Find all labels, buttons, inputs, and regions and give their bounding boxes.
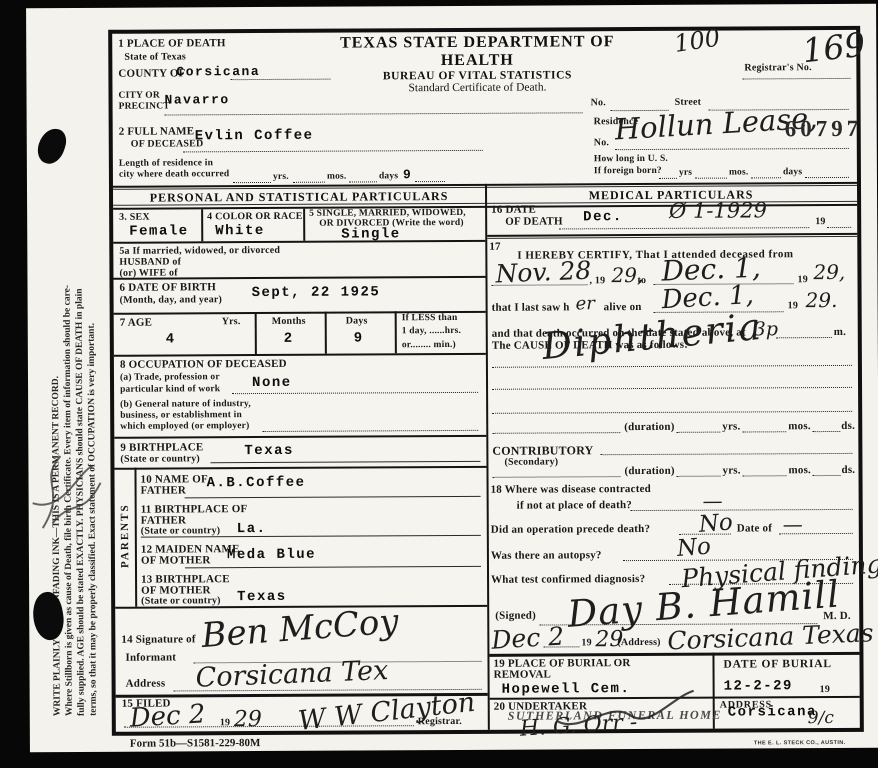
dotted-line bbox=[813, 474, 841, 476]
dotted-line bbox=[659, 177, 677, 179]
dob-sublabel: (Month, day, and year) bbox=[120, 294, 223, 306]
duration-label: (duration) bbox=[624, 421, 674, 433]
dotted-line bbox=[492, 283, 588, 286]
rule bbox=[113, 240, 485, 243]
where-contracted-label: 18 Where was disease contracted bbox=[491, 483, 651, 496]
underline bbox=[185, 496, 481, 499]
age-yrs-label: Yrs. bbox=[222, 316, 241, 327]
color-race-value: White bbox=[215, 223, 265, 239]
rule bbox=[114, 435, 486, 438]
dotted-line bbox=[232, 391, 478, 394]
mother-bp-sublabel: (State or country) bbox=[141, 595, 221, 606]
fullname-label: 2 FULL NAME bbox=[119, 125, 195, 137]
duration2-mos: mos. bbox=[788, 464, 811, 476]
dotted-line bbox=[751, 176, 781, 178]
certificate-paper: WRITE PLAINLY WITH UNFADING INK—THIS IS … bbox=[26, 4, 878, 752]
dotted-line bbox=[827, 226, 851, 228]
occupation-label: 8 OCCUPATION OF DECEASED bbox=[120, 358, 287, 371]
dotted-line bbox=[677, 475, 721, 477]
sex-value: Female bbox=[129, 223, 189, 239]
dotted-line bbox=[183, 149, 483, 153]
dotted-line bbox=[543, 645, 579, 647]
dob-value: Sept, 22 1925 bbox=[252, 284, 381, 301]
form-box: 1 PLACE OF DEATH State of Texas COUNTY O… bbox=[108, 26, 864, 736]
husband-label: HUSBAND of bbox=[119, 256, 181, 267]
street-label: Street bbox=[675, 97, 702, 108]
burial-date-value: 12-2-29 bbox=[724, 678, 793, 694]
cell-divider bbox=[201, 209, 203, 241]
place-of-death-label: 1 PLACE OF DEATH bbox=[118, 37, 225, 50]
dotted-line bbox=[600, 452, 852, 455]
cell-divider bbox=[395, 311, 397, 353]
informant-signature: Ben McCoy bbox=[200, 601, 400, 656]
dod-label: 16 DATE bbox=[491, 204, 536, 216]
dotted-line bbox=[293, 181, 325, 183]
dotted-line bbox=[492, 386, 852, 390]
dotted-line bbox=[776, 336, 832, 338]
length-residence-label2: city where death occurred bbox=[119, 169, 230, 180]
pen-flourish bbox=[550, 681, 700, 748]
dotted-line bbox=[415, 180, 445, 182]
registrar-no-value: 169 bbox=[800, 25, 867, 71]
days-label: days bbox=[379, 171, 398, 181]
check-mark: 9/c bbox=[808, 708, 834, 728]
dotted-line bbox=[493, 475, 621, 478]
if-less-label2: 1 day, ......hrs. bbox=[402, 326, 461, 336]
last-saw-year: 29. bbox=[806, 288, 838, 312]
age-yrs-value: 4 bbox=[166, 331, 176, 347]
dod-label2: OF DEATH bbox=[505, 215, 563, 227]
dotted-line bbox=[812, 430, 840, 432]
form-number: Form 51b—S1581-229-80M bbox=[130, 737, 261, 750]
mother-name-label2: OF MOTHER bbox=[141, 554, 211, 566]
dotted-line bbox=[742, 77, 850, 80]
test-label: What test confirmed diagnosis? bbox=[491, 573, 645, 586]
informant-address-label: Address bbox=[126, 678, 166, 690]
father-bp-sublabel: (State or country) bbox=[141, 525, 221, 536]
age-months-label: Months bbox=[272, 316, 306, 327]
last-saw-her: er bbox=[576, 293, 595, 314]
burial-date-label: DATE OF BURIAL bbox=[723, 658, 831, 671]
occupation-b-label: (b) General nature of industry, bbox=[120, 399, 251, 410]
dotted-line bbox=[559, 226, 809, 229]
duration2-label: (duration) bbox=[624, 465, 674, 477]
dotted-line bbox=[742, 430, 786, 432]
dotted-line bbox=[492, 410, 852, 414]
dod-typed-value: Dec. bbox=[583, 209, 623, 225]
dotted-line bbox=[262, 429, 478, 432]
burial-label2: REMOVAL bbox=[494, 668, 551, 680]
occupation-a-label2: particular kind of work bbox=[120, 384, 220, 395]
dotted-line bbox=[676, 431, 720, 433]
duration-mos: mos. bbox=[788, 420, 811, 432]
burial-19: 19 bbox=[820, 684, 830, 695]
operation-date-label: Date of bbox=[737, 522, 772, 534]
mos-label: mos. bbox=[327, 172, 347, 182]
title-block: TEXAS STATE DEPARTMENT OF HEALTH BUREAU … bbox=[312, 33, 642, 95]
sign-address-label: (Address) bbox=[617, 637, 660, 648]
secondary-label: (Secondary) bbox=[504, 456, 558, 467]
last-saw-label: that I last saw h bbox=[492, 301, 570, 313]
if-less-label3: or........ min.) bbox=[402, 340, 456, 350]
underline bbox=[185, 566, 481, 569]
sex-label: 3. SEX bbox=[119, 212, 150, 223]
birthplace-label: 9 BIRTHPLACE bbox=[120, 441, 203, 453]
rule bbox=[114, 353, 486, 356]
handwritten-number: 100 bbox=[672, 24, 721, 58]
pen-scribble bbox=[22, 428, 123, 549]
dotted-line bbox=[233, 181, 271, 183]
dotted-line bbox=[743, 474, 787, 476]
city-value: Navarro bbox=[165, 92, 230, 107]
column-divider bbox=[485, 184, 490, 730]
mos2-label: mos. bbox=[729, 167, 749, 177]
duration2-yrs: yrs. bbox=[722, 464, 740, 476]
item-17: 17 bbox=[489, 241, 500, 253]
birthplace-value: Texas bbox=[244, 443, 294, 459]
underline bbox=[210, 461, 480, 463]
scanned-death-certificate: WRITE PLAINLY WITH UNFADING INK—THIS IS … bbox=[0, 0, 878, 768]
certify-19b: 19 bbox=[797, 274, 807, 285]
certify-19c: 19 bbox=[788, 300, 798, 311]
father-bp-value: La. bbox=[237, 521, 267, 537]
length-days-value: 9 bbox=[403, 167, 412, 182]
days2-label: days bbox=[783, 167, 802, 177]
operation-label: Did an operation precede death? bbox=[491, 523, 650, 536]
dotted-line bbox=[805, 176, 849, 178]
printer-credit: THE E. L. STECK CO., AUSTIN. bbox=[754, 740, 846, 746]
rule bbox=[487, 236, 857, 239]
age-months-value: 2 bbox=[284, 331, 294, 347]
dod-handwritten-value: Ø 1-1929 bbox=[669, 198, 767, 223]
undertaker-address-value: Corsicana bbox=[728, 704, 817, 720]
registrar-no-label: Registrar's No. bbox=[744, 62, 811, 73]
if-married-label: 5a If married, widowed, or divorced bbox=[119, 245, 280, 257]
state-label: State of Texas bbox=[124, 51, 186, 62]
no-label: No. bbox=[591, 97, 606, 108]
occupation-a-value: None bbox=[252, 375, 292, 391]
duration2-ds: ds. bbox=[841, 464, 855, 476]
cell-divider bbox=[255, 312, 257, 354]
dotted-line bbox=[615, 147, 849, 150]
dob-label: 6 DATE OF BIRTH bbox=[119, 281, 215, 294]
if-less-label: If LESS than bbox=[402, 313, 458, 323]
informant-label: 14 Signature of bbox=[121, 633, 195, 645]
age-days-label: Days bbox=[346, 315, 368, 326]
color-race-label: 4 COLOR OR RACE bbox=[207, 211, 303, 222]
registrar-title: Registrar. bbox=[418, 716, 462, 727]
city-label: CITY OR bbox=[118, 91, 159, 101]
dotted-line bbox=[492, 431, 620, 434]
age-days-value: 9 bbox=[354, 330, 364, 346]
parents-divider bbox=[134, 468, 136, 607]
dotted-line bbox=[165, 111, 583, 115]
certify-19a: , 19 bbox=[589, 275, 605, 286]
dotted-line bbox=[779, 532, 853, 534]
howlong-label: How long in U. S. bbox=[594, 154, 668, 164]
informant-label2: Informant bbox=[125, 651, 176, 663]
fullname-value: Evlin Coffee bbox=[195, 128, 314, 145]
mother-name-value: Meda Blue bbox=[227, 547, 316, 563]
cell-divider bbox=[303, 209, 305, 241]
rule bbox=[489, 652, 859, 656]
cell-divider bbox=[325, 312, 327, 354]
dotted-line bbox=[349, 180, 377, 182]
autopsy-label: Was there an autopsy? bbox=[491, 549, 602, 562]
occupation-a-label: (a) Trade, profession or bbox=[120, 372, 220, 383]
duration-ds: ds. bbox=[841, 420, 855, 432]
margin-line: terms, so that it may be properly classi… bbox=[84, 56, 99, 716]
signed-label: (Signed) bbox=[495, 610, 536, 622]
foreign-born-label: If foreign born? bbox=[594, 166, 662, 176]
attended-to-year: 29, bbox=[813, 260, 845, 284]
mother-bp-value: Texas bbox=[237, 589, 287, 605]
certify-to: to bbox=[637, 275, 646, 286]
birthplace-sublabel: (State or country) bbox=[120, 453, 200, 464]
parents-label: PARENTS bbox=[119, 503, 131, 568]
rule bbox=[114, 466, 486, 469]
occupation-b-label3: which employed (or employer) bbox=[120, 421, 249, 432]
file-number-stamp: 60797 bbox=[785, 116, 863, 142]
where-contracted-label2: if not at place of death? bbox=[517, 499, 632, 512]
department-title: TEXAS STATE DEPARTMENT OF HEALTH bbox=[312, 33, 642, 71]
death-time-m: m. bbox=[834, 326, 846, 338]
dod-19: 19 bbox=[815, 216, 825, 227]
alive-on-label: alive on bbox=[604, 301, 642, 313]
dotted-line bbox=[631, 508, 853, 511]
duration-yrs: yrs. bbox=[722, 420, 740, 432]
age-label: 7 AGE bbox=[120, 317, 153, 329]
of-deceased-label: OF DECEASED bbox=[131, 138, 204, 149]
sign-date-value: Dec 2 bbox=[491, 622, 565, 655]
filed-date-value: Dec 2 bbox=[129, 699, 206, 733]
yrs-label: yrs. bbox=[273, 172, 289, 182]
precinct-label: PRECINCT bbox=[119, 101, 170, 111]
cause-of-death-value: Diphtheria bbox=[540, 305, 764, 368]
residence-no-label: No. bbox=[594, 137, 609, 148]
certificate-title: Standard Certificate of Death. bbox=[312, 81, 642, 95]
father-name-value: A.B.Coffee bbox=[207, 475, 306, 492]
sign-19: 19 bbox=[581, 637, 591, 648]
dotted-line bbox=[695, 177, 727, 179]
occupation-b-label2: business, or establishment in bbox=[120, 410, 242, 421]
filed-year-value: 29 bbox=[234, 707, 262, 732]
yrs2-label: yrs bbox=[679, 168, 692, 178]
father-name-label2: FATHER bbox=[141, 484, 186, 496]
length-residence-label: Length of residence in bbox=[119, 158, 213, 168]
